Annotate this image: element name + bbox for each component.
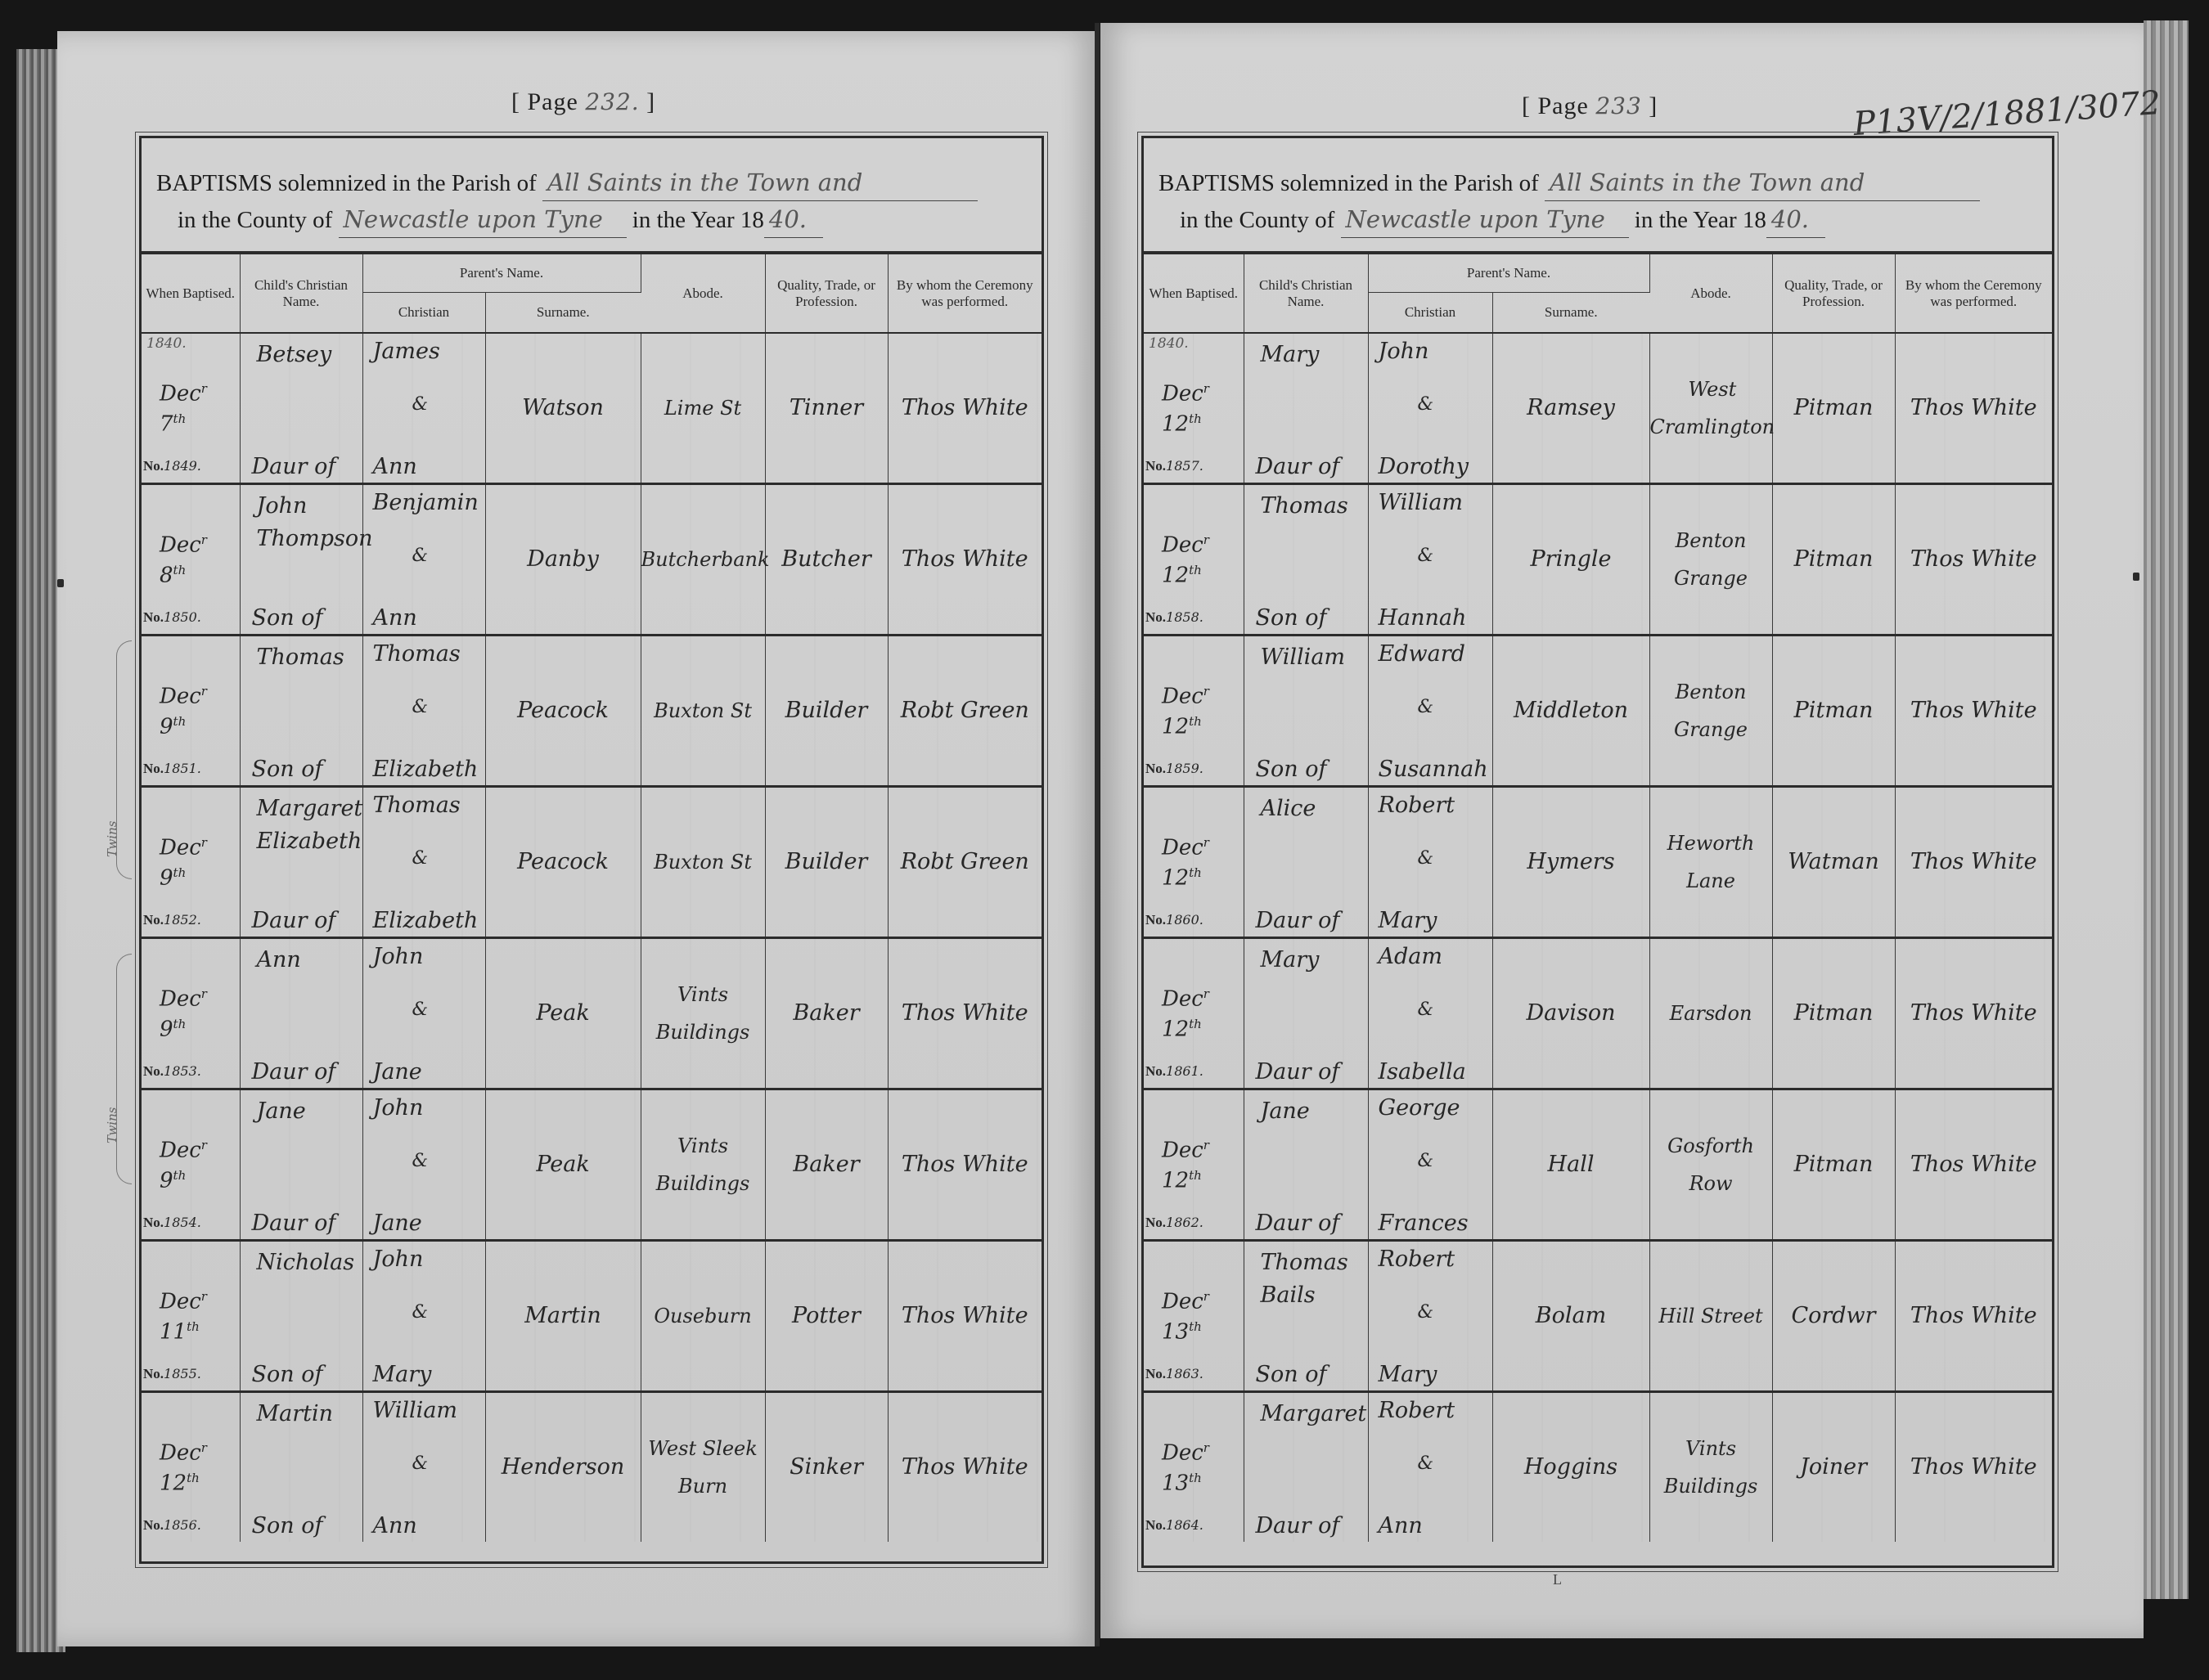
cell-surname: Martin bbox=[485, 1241, 641, 1392]
register-entry-row: Decr 8th No.1850. John Thompson Son of B… bbox=[142, 484, 1042, 636]
register-entry-row: Decr 13th No.1863. Thomas Bails Son of R… bbox=[1144, 1241, 2052, 1392]
col-when-baptised: When Baptised. bbox=[142, 254, 240, 333]
cell-parents-christian: James & Ann bbox=[362, 333, 485, 484]
cell-child-name: Martin Son of bbox=[240, 1392, 362, 1543]
ordinal-r: r bbox=[201, 835, 207, 850]
year-suffix: 40. bbox=[764, 201, 823, 238]
cell-surname: Peak bbox=[485, 1089, 641, 1241]
ampersand: & bbox=[1418, 697, 1434, 717]
col-parent-christian: Christian bbox=[362, 293, 485, 334]
cell-child-name: Alice Daur of bbox=[1244, 787, 1368, 938]
cell-child-name: Jane Daur of bbox=[240, 1089, 362, 1241]
col-parents-name: Parent's Name. bbox=[1368, 254, 1649, 293]
mother-name: Ann bbox=[373, 1513, 417, 1539]
register-grid: When Baptised. Child's Christian Name. P… bbox=[142, 254, 1042, 1542]
child-christian-name: John Thompson bbox=[257, 490, 363, 555]
father-name: Edward bbox=[1379, 641, 1465, 667]
mother-name: Jane bbox=[373, 1059, 422, 1085]
cell-when-baptised: Decr 12th No.1856. bbox=[142, 1392, 240, 1543]
baptism-register-table-right: BAPTISMS solemnized in the Parish of All… bbox=[1141, 136, 2054, 1568]
child-relation: Son of bbox=[1256, 1362, 1327, 1387]
mother-name: Mary bbox=[373, 1362, 432, 1387]
child-christian-name: Margaret Elizabeth bbox=[257, 793, 363, 858]
child-relation: Son of bbox=[252, 757, 323, 782]
cell-by-whom: Thos White bbox=[888, 1241, 1042, 1392]
mother-name: Ann bbox=[1379, 1513, 1423, 1539]
col-trade: Quality, Trade, or Profession. bbox=[1772, 254, 1895, 333]
cell-parents-christian: Thomas & Elizabeth bbox=[362, 787, 485, 938]
cell-surname: Henderson bbox=[485, 1392, 641, 1543]
mother-name: Dorothy bbox=[1379, 454, 1469, 479]
cell-surname: Hall bbox=[1492, 1089, 1649, 1241]
mother-name: Elizabeth bbox=[373, 757, 479, 782]
cell-parents-christian: Robert & Mary bbox=[1368, 787, 1492, 938]
mother-name: Frances bbox=[1379, 1211, 1469, 1236]
cell-abode: Buxton St bbox=[641, 787, 765, 938]
father-name: Thomas bbox=[373, 641, 461, 667]
ordinal-r: r bbox=[201, 1138, 207, 1152]
cell-surname: Middleton bbox=[1492, 636, 1649, 787]
ampersand: & bbox=[412, 848, 429, 869]
col-parent-surname: Surname. bbox=[485, 293, 641, 334]
child-relation: Son of bbox=[252, 605, 323, 631]
cell-child-name: Ann Daur of bbox=[240, 938, 362, 1089]
cell-trade: Watman bbox=[1772, 787, 1895, 938]
cell-by-whom: Thos White bbox=[888, 333, 1042, 484]
col-by-whom: By whom the Ceremony was performed. bbox=[888, 254, 1042, 333]
cell-surname: Pringle bbox=[1492, 484, 1649, 636]
cell-abode: Benton Grange bbox=[1649, 484, 1772, 636]
col-by-whom: By whom the Ceremony was performed. bbox=[1895, 254, 2052, 333]
cell-trade: Pitman bbox=[1772, 333, 1895, 484]
margin-note-twins: Twins bbox=[105, 1107, 119, 1143]
child-christian-name: Mary bbox=[1261, 339, 1367, 371]
register-entry-row: Decr 11th No.1855. Nicholas Son of John … bbox=[142, 1241, 1042, 1392]
cell-parents-christian: John & Dorothy bbox=[1368, 333, 1492, 484]
ampersand: & bbox=[1418, 546, 1434, 566]
cell-child-name: Thomas Bails Son of bbox=[1244, 1241, 1368, 1392]
cell-trade: Pitman bbox=[1772, 484, 1895, 636]
entry-number: No.1852. bbox=[143, 912, 201, 928]
cell-child-name: Nicholas Son of bbox=[240, 1241, 362, 1392]
cell-parents-christian: John & Jane bbox=[362, 938, 485, 1089]
child-christian-name: Nicholas bbox=[257, 1247, 363, 1279]
cell-by-whom: Thos White bbox=[1895, 1089, 2052, 1241]
right-page: [ Page 233 ] P13V/2/1881/3072 BAPTISMS s… bbox=[1100, 23, 2144, 1638]
cell-when-baptised: Decr 8th No.1850. bbox=[142, 484, 240, 636]
archive-reference-number: P13V/2/1881/3072 bbox=[1852, 84, 2162, 143]
entry-number: No.1856. bbox=[143, 1517, 201, 1534]
cell-by-whom: Thos White bbox=[888, 484, 1042, 636]
ordinal-r: r bbox=[1203, 1289, 1209, 1304]
cell-when-baptised: 1840. Decr 12th No.1857. bbox=[1144, 333, 1244, 484]
page-number: [ Page 233 ] bbox=[1522, 92, 1658, 120]
book-gutter bbox=[1095, 23, 1100, 1646]
father-name: John bbox=[373, 944, 424, 969]
register-heading: BAPTISMS solemnized in the Parish of All… bbox=[1144, 138, 2052, 254]
child-relation: Daur of bbox=[252, 908, 336, 933]
register-entry-row: Decr 9th No.1852. Margaret Elizabeth Dau… bbox=[142, 787, 1042, 938]
cell-parents-christian: Adam & Isabella bbox=[1368, 938, 1492, 1089]
ampersand: & bbox=[412, 1453, 429, 1474]
cell-parents-christian: Robert & Ann bbox=[1368, 1392, 1492, 1543]
ampersand: & bbox=[1418, 394, 1434, 415]
child-relation: Daur of bbox=[1256, 454, 1340, 479]
cell-abode: Hill Street bbox=[1649, 1241, 1772, 1392]
baptism-date: Decr 7th bbox=[160, 376, 207, 436]
ampersand: & bbox=[412, 999, 429, 1020]
ampersand: & bbox=[412, 1302, 429, 1323]
parish-name: All Saints in the Town and bbox=[542, 164, 978, 201]
cell-surname: Peacock bbox=[485, 787, 641, 938]
cell-surname: Ramsey bbox=[1492, 333, 1649, 484]
baptism-date: Decr 12th bbox=[1162, 830, 1209, 890]
entry-number: No.1861. bbox=[1145, 1063, 1203, 1080]
twins-brace bbox=[116, 954, 132, 1184]
entry-number: No.1862. bbox=[1145, 1215, 1203, 1231]
ordinal-r: r bbox=[201, 532, 207, 547]
baptism-register-table-left: BAPTISMS solemnized in the Parish of All… bbox=[139, 136, 1044, 1564]
cell-by-whom: Thos White bbox=[888, 1392, 1042, 1543]
cell-by-whom: Thos White bbox=[888, 1089, 1042, 1241]
cell-abode: West Sleek Burn bbox=[641, 1392, 765, 1543]
cell-abode: Vints Buildings bbox=[641, 1089, 765, 1241]
ordinal-r: r bbox=[201, 1289, 207, 1304]
father-name: John bbox=[373, 1247, 424, 1272]
cell-child-name: Mary Daur of bbox=[1244, 938, 1368, 1089]
child-christian-name: Jane bbox=[257, 1095, 363, 1128]
cell-when-baptised: 1840. Decr 7th No.1849. bbox=[142, 333, 240, 484]
ampersand: & bbox=[412, 697, 429, 717]
mother-name: Mary bbox=[1379, 1362, 1437, 1387]
child-christian-name: Thomas bbox=[1261, 490, 1367, 523]
register-entry-row: Decr 12th No.1859. William Son of Edward… bbox=[1144, 636, 2052, 787]
father-name: John bbox=[373, 1095, 424, 1121]
mother-name: Mary bbox=[1379, 908, 1437, 933]
cell-by-whom: Thos White bbox=[1895, 484, 2052, 636]
register-entry-row: Decr 13th No.1864. Margaret Daur of Robe… bbox=[1144, 1392, 2052, 1543]
col-abode: Abode. bbox=[1649, 254, 1772, 333]
cell-when-baptised: Decr 12th No.1862. bbox=[1144, 1089, 1244, 1241]
father-name: Thomas bbox=[373, 793, 461, 818]
col-when-baptised: When Baptised. bbox=[1144, 254, 1244, 333]
cell-trade: Potter bbox=[765, 1241, 888, 1392]
ampersand: & bbox=[1418, 1151, 1434, 1171]
cell-child-name: John Thompson Son of bbox=[240, 484, 362, 636]
cell-child-name: Betsey Daur of bbox=[240, 333, 362, 484]
county-name: Newcastle upon Tyne bbox=[1341, 201, 1629, 238]
cell-parents-christian: John & Mary bbox=[362, 1241, 485, 1392]
baptism-date: Decr 11th bbox=[160, 1284, 207, 1344]
register-entry-row: 1840. Decr 7th No.1849. Betsey Daur of J… bbox=[142, 333, 1042, 484]
cell-when-baptised: Decr 12th No.1858. bbox=[1144, 484, 1244, 636]
cell-when-baptised: Decr 9th No.1854. bbox=[142, 1089, 240, 1241]
year-note: 1840. bbox=[146, 335, 187, 352]
cell-surname: Davison bbox=[1492, 938, 1649, 1089]
ampersand: & bbox=[1418, 1302, 1434, 1323]
register-entry-row: Decr 9th No.1853. Ann Daur of John & Jan… bbox=[142, 938, 1042, 1089]
cell-by-whom: Thos White bbox=[1895, 938, 2052, 1089]
father-name: Adam bbox=[1379, 944, 1442, 969]
col-trade: Quality, Trade, or Profession. bbox=[765, 254, 888, 333]
baptism-date: Decr 9th bbox=[160, 830, 207, 890]
child-christian-name: Margaret bbox=[1261, 1398, 1367, 1431]
cell-abode: Buxton St bbox=[641, 636, 765, 787]
cell-abode: Ouseburn bbox=[641, 1241, 765, 1392]
col-abode: Abode. bbox=[641, 254, 765, 333]
mother-name: Ann bbox=[373, 605, 417, 631]
father-name: James bbox=[373, 339, 440, 364]
child-christian-name: Thomas bbox=[257, 641, 363, 674]
child-relation: Son of bbox=[1256, 605, 1327, 631]
cell-child-name: Margaret Daur of bbox=[1244, 1392, 1368, 1543]
ordinal-r: r bbox=[201, 1440, 207, 1455]
ampersand: & bbox=[412, 394, 429, 415]
child-christian-name: Mary bbox=[1261, 944, 1367, 977]
binding-mark bbox=[2133, 573, 2139, 581]
baptism-date: Decr 8th bbox=[160, 528, 207, 587]
entry-number: No.1850. bbox=[143, 609, 201, 626]
book-page-edges-right bbox=[2144, 20, 2189, 1599]
entry-number: No.1859. bbox=[1145, 761, 1203, 777]
ordinal-r: r bbox=[201, 684, 207, 699]
father-name: William bbox=[373, 1398, 458, 1423]
child-christian-name: Jane bbox=[1261, 1095, 1367, 1128]
left-page: [ Page 232. ] Twins Twins BAPTISMS solem… bbox=[57, 31, 1096, 1646]
ampersand: & bbox=[1418, 1453, 1434, 1474]
cell-child-name: Jane Daur of bbox=[1244, 1089, 1368, 1241]
cell-when-baptised: Decr 12th No.1859. bbox=[1144, 636, 1244, 787]
child-relation: Daur of bbox=[1256, 1211, 1340, 1236]
baptism-date: Decr 9th bbox=[160, 981, 207, 1041]
child-christian-name: Alice bbox=[1261, 793, 1367, 825]
page-number-handwritten: 232. bbox=[585, 88, 639, 115]
father-name: William bbox=[1379, 490, 1464, 515]
child-relation: Daur of bbox=[252, 1211, 336, 1236]
register-entry-row: Decr 12th No.1861. Mary Daur of Adam & I… bbox=[1144, 938, 2052, 1089]
cell-surname: Bolam bbox=[1492, 1241, 1649, 1392]
cell-child-name: Mary Daur of bbox=[1244, 333, 1368, 484]
mother-name: Ann bbox=[373, 454, 417, 479]
entry-number: No.1860. bbox=[1145, 912, 1203, 928]
col-parent-christian: Christian bbox=[1368, 293, 1492, 334]
baptism-date: Decr 12th bbox=[160, 1435, 207, 1495]
cell-child-name: Margaret Elizabeth Daur of bbox=[240, 787, 362, 938]
entry-number: No.1855. bbox=[143, 1366, 201, 1382]
cell-child-name: William Son of bbox=[1244, 636, 1368, 787]
cell-abode: Butcherbank bbox=[641, 484, 765, 636]
footer-mark: L bbox=[1553, 1571, 1562, 1588]
entry-number: No.1857. bbox=[1145, 458, 1203, 474]
cell-abode: Gosforth Row bbox=[1649, 1089, 1772, 1241]
register-entry-row: Decr 9th No.1854. Jane Daur of John & Ja… bbox=[142, 1089, 1042, 1241]
baptism-date: Decr 12th bbox=[1162, 528, 1209, 587]
ampersand: & bbox=[1418, 848, 1434, 869]
col-child-name: Child's Christian Name. bbox=[240, 254, 362, 333]
cell-trade: Cordwr bbox=[1772, 1241, 1895, 1392]
cell-parents-christian: Thomas & Elizabeth bbox=[362, 636, 485, 787]
child-relation: Daur of bbox=[252, 454, 336, 479]
father-name: Benjamin bbox=[373, 490, 479, 515]
child-relation: Son of bbox=[252, 1362, 323, 1387]
father-name: George bbox=[1379, 1095, 1460, 1121]
ampersand: & bbox=[412, 1151, 429, 1171]
col-child-name: Child's Christian Name. bbox=[1244, 254, 1368, 333]
baptism-date: Decr 9th bbox=[160, 1133, 207, 1193]
ordinal-r: r bbox=[1203, 1138, 1209, 1152]
cell-when-baptised: Decr 9th No.1853. bbox=[142, 938, 240, 1089]
ordinal-r: r bbox=[201, 986, 207, 1001]
cell-surname: Watson bbox=[485, 333, 641, 484]
ordinal-r: r bbox=[201, 381, 207, 396]
cell-when-baptised: Decr 13th No.1863. bbox=[1144, 1241, 1244, 1392]
cell-trade: Pitman bbox=[1772, 1089, 1895, 1241]
col-parents-name: Parent's Name. bbox=[362, 254, 641, 293]
baptism-date: Decr 12th bbox=[1162, 981, 1209, 1041]
child-christian-name: Ann bbox=[257, 944, 363, 977]
entry-number: No.1854. bbox=[143, 1215, 201, 1231]
cell-surname: Hymers bbox=[1492, 787, 1649, 938]
mother-name: Jane bbox=[373, 1211, 422, 1236]
cell-when-baptised: Decr 13th No.1864. bbox=[1144, 1392, 1244, 1543]
register-entry-row: Decr 12th No.1860. Alice Daur of Robert … bbox=[1144, 787, 2052, 938]
cell-when-baptised: Decr 11th No.1855. bbox=[142, 1241, 240, 1392]
baptism-date: Decr 13th bbox=[1162, 1435, 1209, 1495]
cell-abode: Heworth Lane bbox=[1649, 787, 1772, 938]
year-note: 1840. bbox=[1149, 335, 1189, 352]
entry-number: No.1853. bbox=[143, 1063, 201, 1080]
ordinal-r: r bbox=[1203, 532, 1209, 547]
father-name: John bbox=[1379, 339, 1429, 364]
baptism-date: Decr 13th bbox=[1162, 1284, 1209, 1344]
child-relation: Daur of bbox=[1256, 908, 1340, 933]
baptism-date: Decr 12th bbox=[1162, 376, 1209, 436]
baptism-date: Decr 12th bbox=[1162, 1133, 1209, 1193]
cell-by-whom: Thos White bbox=[1895, 1241, 2052, 1392]
cell-surname: Peacock bbox=[485, 636, 641, 787]
cell-abode: Lime St bbox=[641, 333, 765, 484]
cell-by-whom: Robt Green bbox=[888, 787, 1042, 938]
cell-child-name: Thomas Son of bbox=[240, 636, 362, 787]
cell-trade: Tinner bbox=[765, 333, 888, 484]
binding-mark bbox=[57, 579, 64, 587]
cell-trade: Sinker bbox=[765, 1392, 888, 1543]
ordinal-r: r bbox=[1203, 684, 1209, 699]
entry-number: No.1849. bbox=[143, 458, 201, 474]
mother-name: Isabella bbox=[1379, 1059, 1466, 1085]
child-christian-name: William bbox=[1261, 641, 1367, 674]
cell-abode: West Cramlington bbox=[1649, 333, 1772, 484]
cell-when-baptised: Decr 12th No.1861. bbox=[1144, 938, 1244, 1089]
baptism-date: Decr 9th bbox=[160, 679, 207, 739]
child-relation: Daur of bbox=[1256, 1513, 1340, 1539]
ampersand: & bbox=[1418, 999, 1434, 1020]
register-entry-row: Decr 12th No.1862. Jane Daur of George &… bbox=[1144, 1089, 2052, 1241]
page-number-handwritten: 233 bbox=[1595, 92, 1641, 119]
child-relation: Daur of bbox=[1256, 1059, 1340, 1085]
page-number: [ Page 232. ] bbox=[511, 88, 655, 116]
ampersand: & bbox=[412, 546, 429, 566]
cell-trade: Butcher bbox=[765, 484, 888, 636]
register-heading: BAPTISMS solemnized in the Parish of All… bbox=[142, 138, 1042, 254]
entry-number: No.1863. bbox=[1145, 1366, 1203, 1382]
register-entry-row: Decr 9th No.1851. Thomas Son of Thomas &… bbox=[142, 636, 1042, 787]
county-name: Newcastle upon Tyne bbox=[339, 201, 627, 238]
register-grid: When Baptised. Child's Christian Name. P… bbox=[1144, 254, 2052, 1542]
ordinal-r: r bbox=[1203, 381, 1209, 396]
cell-abode: Vints Buildings bbox=[641, 938, 765, 1089]
child-christian-name: Betsey bbox=[257, 339, 363, 371]
cell-surname: Danby bbox=[485, 484, 641, 636]
margin-note-twins: Twins bbox=[105, 821, 119, 857]
father-name: Robert bbox=[1379, 1247, 1455, 1272]
cell-by-whom: Thos White bbox=[888, 938, 1042, 1089]
cell-by-whom: Robt Green bbox=[888, 636, 1042, 787]
cell-trade: Pitman bbox=[1772, 636, 1895, 787]
father-name: Robert bbox=[1379, 1398, 1455, 1423]
cell-trade: Baker bbox=[765, 938, 888, 1089]
cell-when-baptised: Decr 9th No.1851. bbox=[142, 636, 240, 787]
child-relation: Daur of bbox=[252, 1059, 336, 1085]
cell-by-whom: Thos White bbox=[1895, 636, 2052, 787]
cell-abode: Vints Buildings bbox=[1649, 1392, 1772, 1543]
child-relation: Son of bbox=[252, 1513, 323, 1539]
ordinal-r: r bbox=[1203, 986, 1209, 1001]
ordinal-r: r bbox=[1203, 1440, 1209, 1455]
cell-parents-christian: Benjamin & Ann bbox=[362, 484, 485, 636]
cell-trade: Baker bbox=[765, 1089, 888, 1241]
cell-when-baptised: Decr 12th No.1860. bbox=[1144, 787, 1244, 938]
register-entry-row: 1840. Decr 12th No.1857. Mary Daur of Jo… bbox=[1144, 333, 2052, 484]
register-entry-row: Decr 12th No.1858. Thomas Son of William… bbox=[1144, 484, 2052, 636]
cell-abode: Earsdon bbox=[1649, 938, 1772, 1089]
cell-trade: Builder bbox=[765, 787, 888, 938]
cell-abode: Benton Grange bbox=[1649, 636, 1772, 787]
year-suffix: 40. bbox=[1766, 201, 1825, 238]
parish-name: All Saints in the Town and bbox=[1545, 164, 1980, 201]
mother-name: Hannah bbox=[1379, 605, 1467, 631]
col-parent-surname: Surname. bbox=[1492, 293, 1649, 334]
cell-trade: Pitman bbox=[1772, 938, 1895, 1089]
mother-name: Elizabeth bbox=[373, 908, 479, 933]
cell-parents-christian: George & Frances bbox=[1368, 1089, 1492, 1241]
father-name: Robert bbox=[1379, 793, 1455, 818]
cell-parents-christian: Robert & Mary bbox=[1368, 1241, 1492, 1392]
entry-number: No.1864. bbox=[1145, 1517, 1203, 1534]
entry-number: No.1851. bbox=[143, 761, 201, 777]
cell-by-whom: Thos White bbox=[1895, 333, 2052, 484]
cell-trade: Joiner bbox=[1772, 1392, 1895, 1543]
cell-when-baptised: Decr 9th No.1852. bbox=[142, 787, 240, 938]
cell-parents-christian: John & Jane bbox=[362, 1089, 485, 1241]
child-christian-name: Thomas Bails bbox=[1261, 1247, 1367, 1312]
baptism-date: Decr 12th bbox=[1162, 679, 1209, 739]
cell-by-whom: Thos White bbox=[1895, 787, 2052, 938]
cell-by-whom: Thos White bbox=[1895, 1392, 2052, 1543]
ordinal-r: r bbox=[1203, 835, 1209, 850]
cell-surname: Hoggins bbox=[1492, 1392, 1649, 1543]
register-entry-row: Decr 12th No.1856. Martin Son of William… bbox=[142, 1392, 1042, 1543]
mother-name: Susannah bbox=[1379, 757, 1488, 782]
cell-surname: Peak bbox=[485, 938, 641, 1089]
child-relation: Son of bbox=[1256, 757, 1327, 782]
child-christian-name: Martin bbox=[257, 1398, 363, 1431]
cell-child-name: Thomas Son of bbox=[1244, 484, 1368, 636]
cell-trade: Builder bbox=[765, 636, 888, 787]
cell-parents-christian: Edward & Susannah bbox=[1368, 636, 1492, 787]
entry-number: No.1858. bbox=[1145, 609, 1203, 626]
cell-parents-christian: William & Ann bbox=[362, 1392, 485, 1543]
